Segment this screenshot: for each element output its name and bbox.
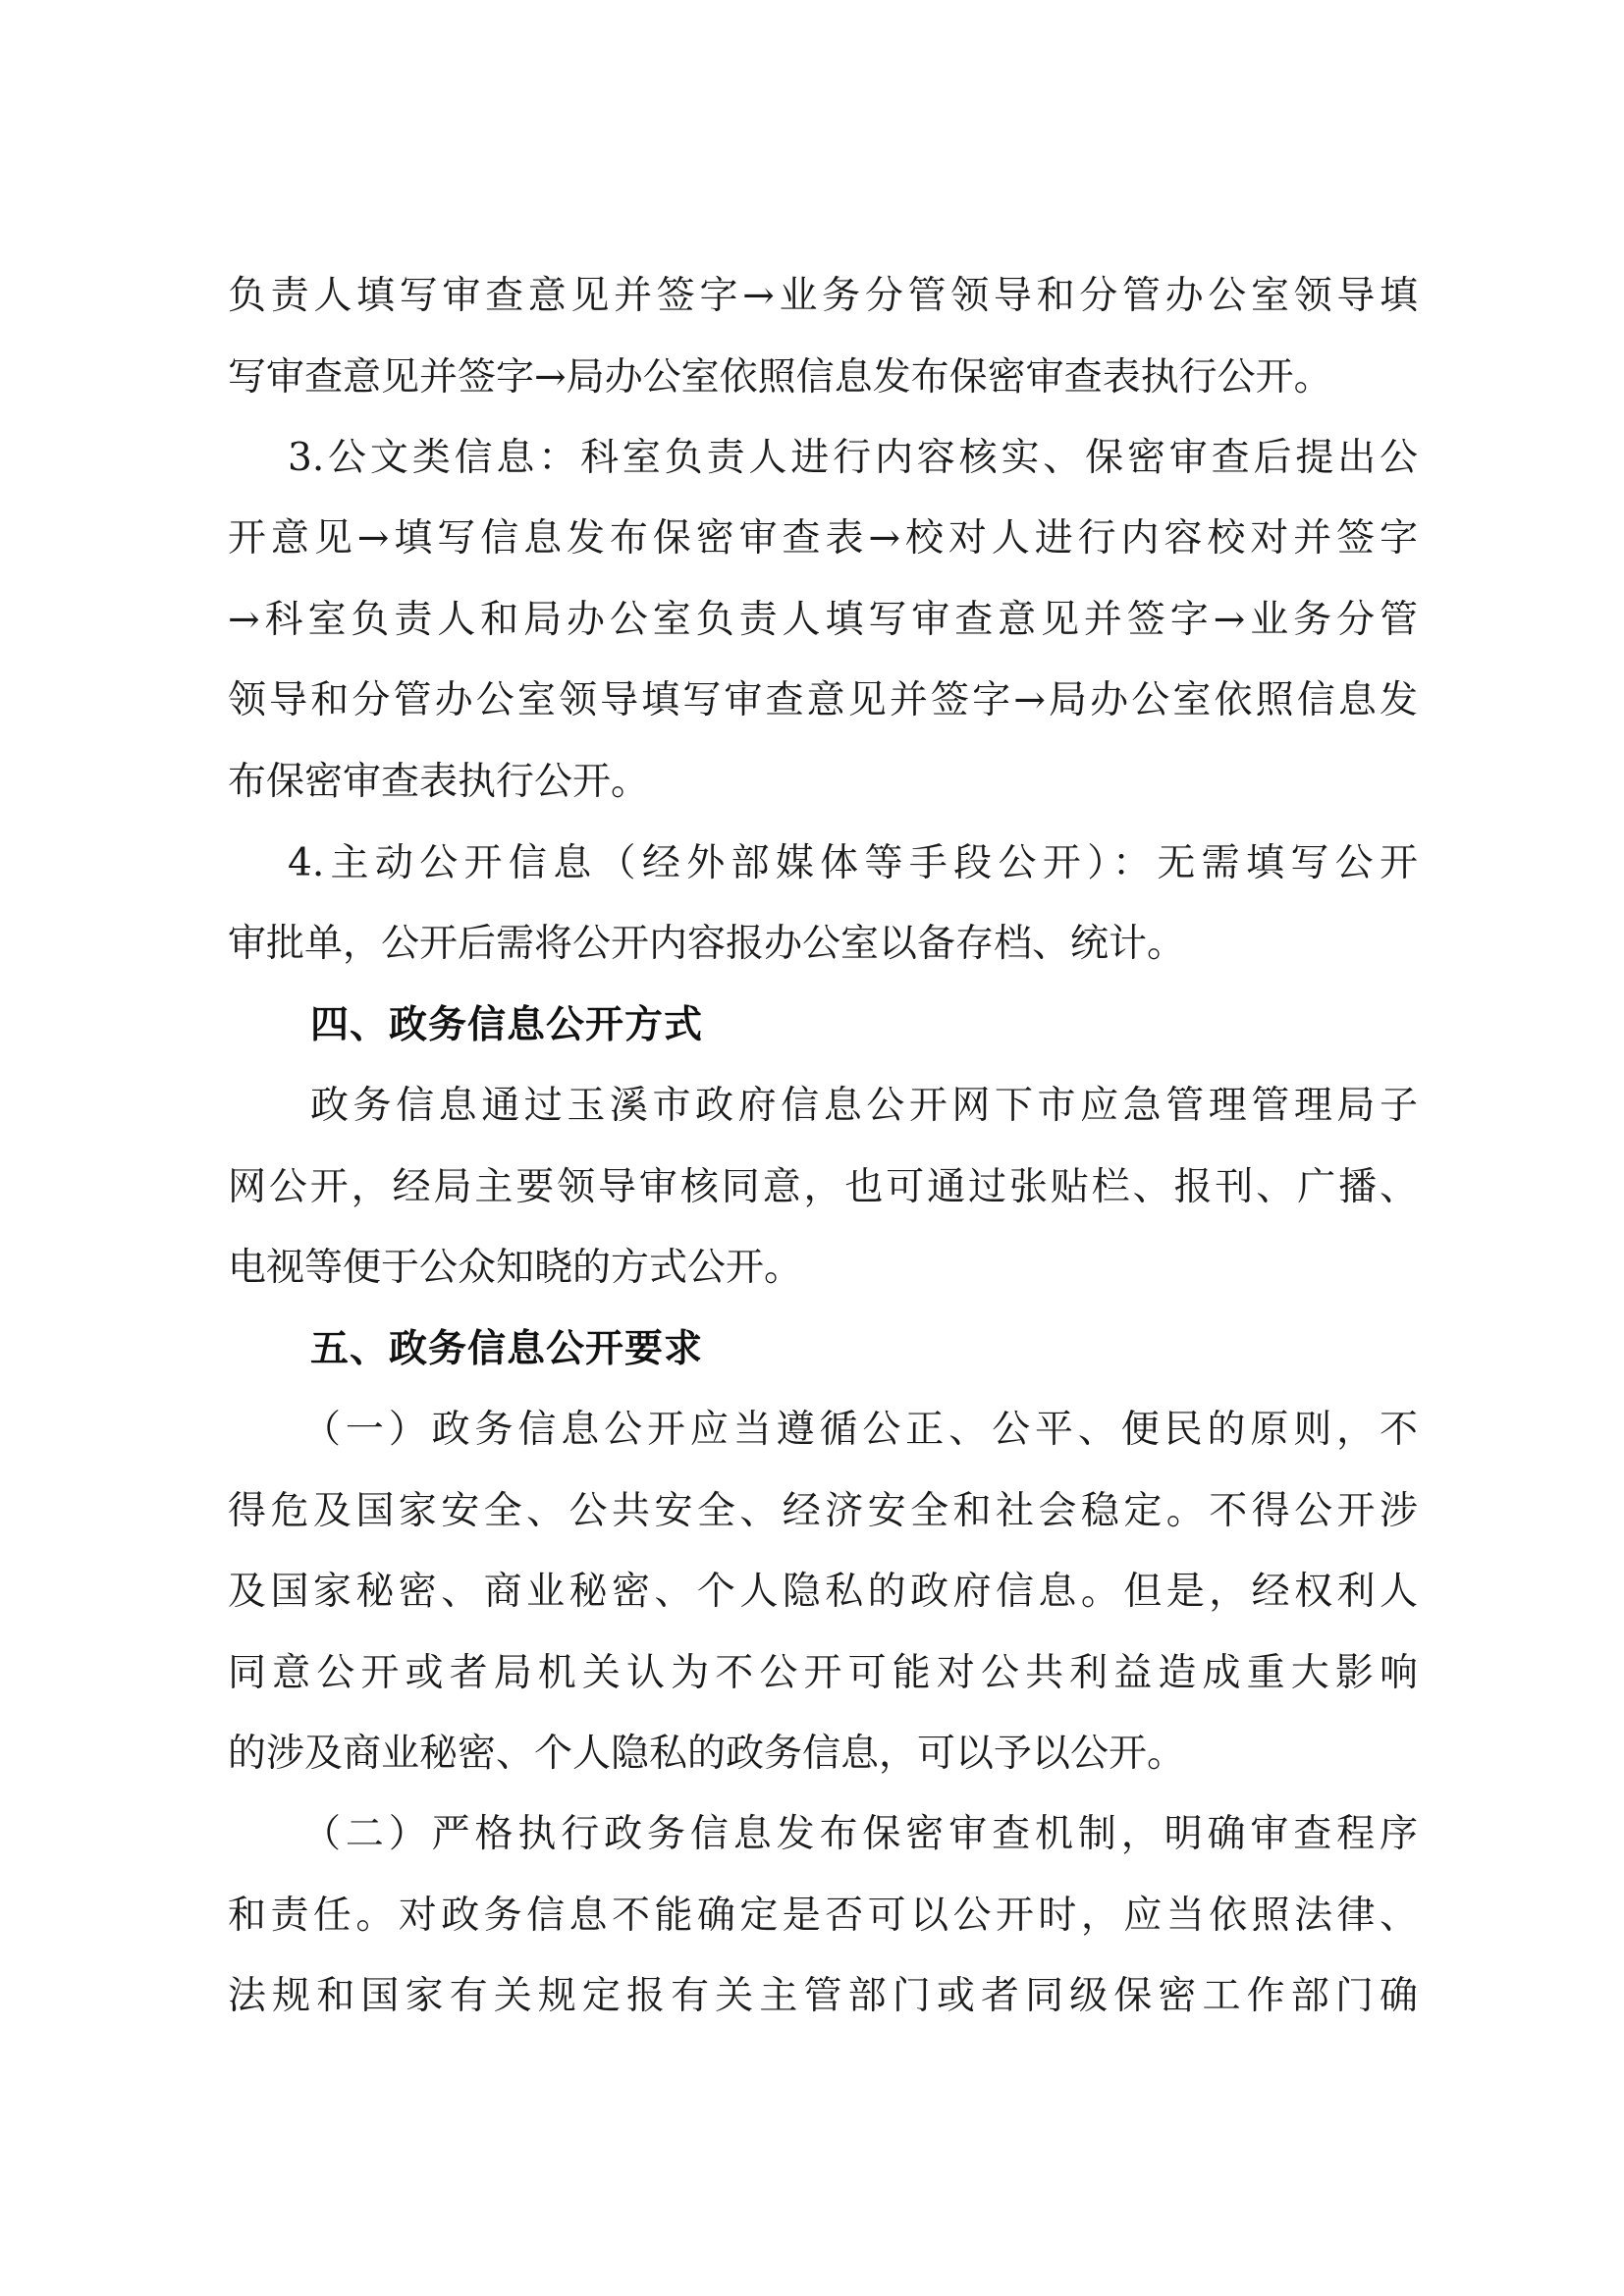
body-text-line: 法规和国家有关规定报有关主管部门或者同级保密工作部门确 <box>228 1967 1418 2026</box>
body-text-line: →科室负责人和局办公室负责人填写审查意见并签字→业务分管 <box>228 591 1418 650</box>
body-text-line: 开意见→填写信息发布保密审查表→校对人进行内容校对并签字 <box>228 509 1418 568</box>
body-text-line: 电视等便于公众知晓的方式公开。 <box>228 1239 1418 1298</box>
section-heading-5: 五、政务信息公开要求 <box>310 1320 703 1379</box>
body-text-line: 网公开，经局主要领导审核同意，也可通过张贴栏、报刊、广播、 <box>228 1158 1418 1217</box>
requirement-2-first-line: （二）严格执行政务信息发布保密审查机制，明确审查程序 <box>302 1805 1418 1864</box>
requirement-1-first-line: （一）政务信息公开应当遵循公正、公平、便民的原则，不 <box>302 1401 1418 1460</box>
body-text-line: 布保密审查表执行公开。 <box>228 753 1418 812</box>
body-text-line: 审批单，公开后需将公开内容报办公室以备存档、统计。 <box>228 915 1418 974</box>
body-text-line: 领导和分管办公室领导填写审查意见并签字→局办公室依照信息发 <box>228 671 1418 730</box>
body-text-line: 负责人填写审查意见并签字→业务分管领导和分管办公室领导填 <box>228 267 1418 326</box>
list-item-3-first-line: 3.公文类信息：科室负责人进行内容核实、保密审查后提出公 <box>288 429 1418 488</box>
body-text-line: 得危及国家安全、公共安全、经济安全和社会稳定。不得公开涉 <box>228 1482 1418 1541</box>
section-heading-4: 四、政务信息公开方式 <box>310 996 703 1055</box>
body-text-line: 和责任。对政务信息不能确定是否可以公开时，应当依照法律、 <box>228 1887 1418 1946</box>
body-text-line: 政务信息通过玉溪市政府信息公开网下市应急管理管理局子 <box>310 1077 1418 1136</box>
document-page: 负责人填写审查意见并签字→业务分管领导和分管办公室领导填 写审查意见并签字→局办… <box>0 0 1624 2296</box>
body-text-line: 写审查意见并签字→局办公室依照信息发布保密审查表执行公开。 <box>228 348 1418 407</box>
body-text-line: 及国家秘密、商业秘密、个人隐私的政府信息。但是，经权利人 <box>228 1563 1418 1622</box>
body-text-line: 同意公开或者局机关认为不公开可能对公共利益造成重大影响 <box>228 1644 1418 1703</box>
body-text-line: 的涉及商业秘密、个人隐私的政务信息，可以予以公开。 <box>228 1725 1418 1784</box>
list-item-4-first-line: 4.主动公开信息（经外部媒体等手段公开）：无需填写公开 <box>288 834 1418 893</box>
